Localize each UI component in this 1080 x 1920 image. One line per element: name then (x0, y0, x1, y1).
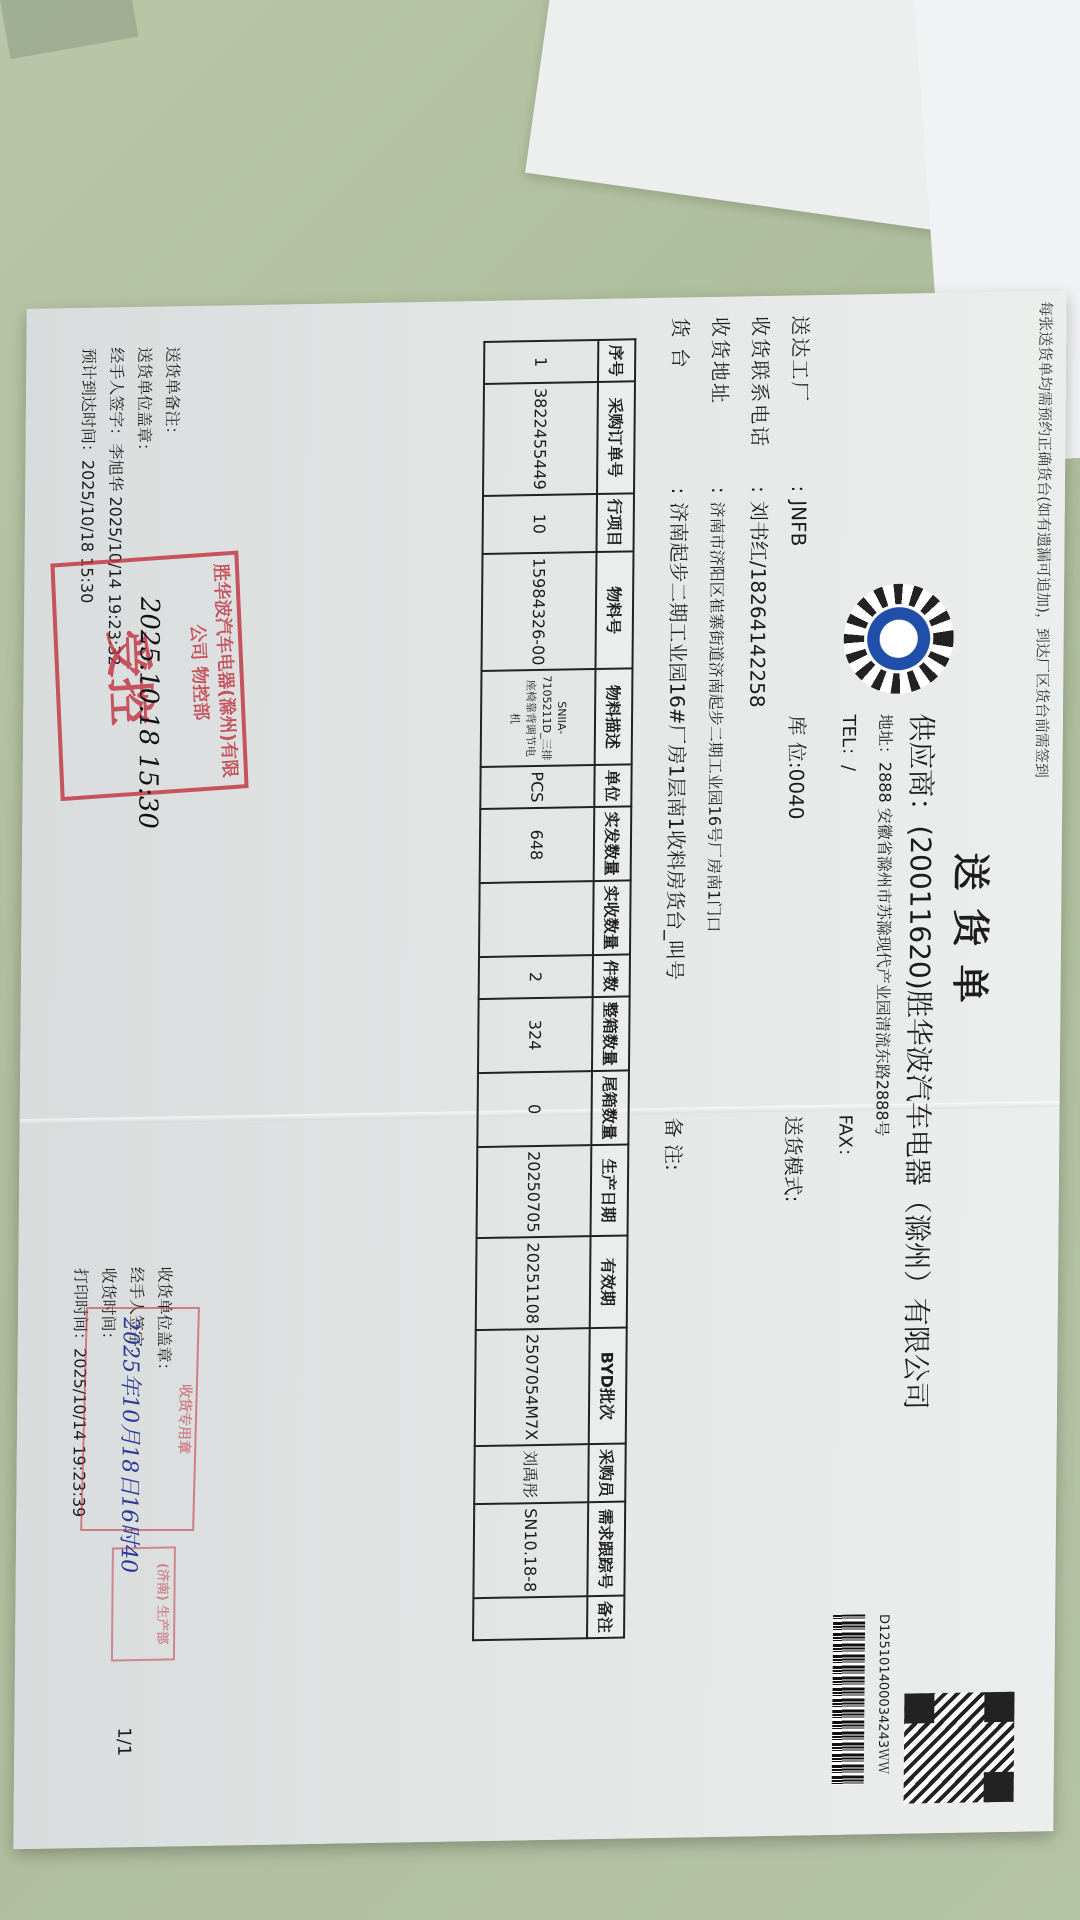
column-header: 有效期 (590, 1236, 628, 1328)
column-header: 物料描述 (595, 669, 633, 765)
table-cell: 20251108 (476, 1237, 591, 1330)
table-cell (473, 1596, 587, 1640)
supplier-tel: TEL：/ (837, 714, 863, 771)
column-header: 采购员 (588, 1444, 626, 1503)
table-cell: 10 (483, 494, 598, 554)
desk-shadow (0, 0, 138, 59)
column-header: 尾箱数量 (591, 1070, 629, 1145)
barcode-icon (832, 1614, 865, 1785)
supplier-address: 地址：2888 安徽省滁州市苏滁现代产业园清流东路2888号 (871, 714, 898, 1137)
table-cell: 0 (477, 1071, 592, 1147)
table-cell: 15984326-00 (481, 552, 596, 672)
column-header: 生产日期 (591, 1144, 629, 1236)
table-cell: 324 (478, 997, 593, 1073)
table-cell: 刘禹彤 (474, 1444, 589, 1504)
table-cell: SNIIA-7105211D_三排座椅靠背调节电机 (481, 669, 596, 767)
column-header: 采购订单号 (597, 381, 635, 493)
column-header: 物料号 (595, 551, 633, 669)
sender-signature: 2025.10.18 15:30 (132, 597, 164, 830)
delivery-note: 每张送货单均需预约正确货台(如有遗漏可追加)，到达厂区货台前需签到 送货单 供应… (13, 291, 1066, 1849)
column-header: 实收数量 (593, 880, 631, 955)
info-dock: 货 台:济南起步二期工业园16#厂房1层南1收料房货台_叫号 (662, 317, 697, 980)
items-table: 序号采购订单号行项目物料号物料描述单位实发数量实收数量件数整箱数量尾箱数量生产日… (472, 338, 636, 1641)
info-address: 收货地址:济南市济阳区崔寨街道济南起步二期工业园16号厂房南1门口 (702, 317, 736, 933)
table-cell (479, 881, 594, 957)
byd-qr-code-icon (843, 583, 954, 695)
table-row: 138224554491015984326-00SNIIA-7105211D_三… (473, 340, 598, 1640)
table-cell: 20250705 (477, 1145, 592, 1238)
table-cell: PCS (480, 765, 594, 809)
table-cell: 2 (479, 955, 593, 999)
column-header: 需求跟踪号 (587, 1502, 625, 1597)
document-title: 送货单 (945, 852, 1001, 1021)
column-header: 序号 (598, 339, 635, 382)
delivery-note-sheet: 每张送货单均需预约正确货台(如有遗漏可追加)，到达厂区货台前需签到 送货单 供应… (13, 291, 1066, 1849)
notice-text: 每张送货单均需预约正确货台(如有遗漏可追加)，到达厂区货台前需签到 (1031, 301, 1056, 778)
barcode-number: D125101400034243ＷＷ (875, 1614, 895, 1774)
column-header: 整箱数量 (592, 996, 630, 1071)
info-contact: 收货联系电话:刘书红/18264142258 (744, 316, 776, 708)
table-cell: 1 (484, 340, 598, 384)
info-remarks: 备 注: (660, 1117, 689, 1171)
supplier-fax: FAX： (833, 1114, 859, 1166)
column-header: 备注 (587, 1596, 624, 1639)
table-cell: 3822455449 (483, 382, 598, 496)
table-cell: SN10.18-8 (473, 1502, 588, 1598)
info-location: 库 位:0040 (783, 715, 813, 820)
column-header: 件数 (593, 954, 630, 997)
qr-code-icon (904, 1692, 1015, 1804)
info-factory: 送达工厂:JNFB (786, 315, 817, 546)
column-header: 实发数量 (594, 806, 632, 881)
column-header: 行项目 (597, 493, 635, 552)
column-header: BYD批次 (589, 1327, 627, 1444)
table-cell: 648 (480, 807, 595, 883)
info-delivery-mode: 送货模式: (780, 1115, 810, 1202)
table-cell: 2507054M7X (475, 1328, 590, 1446)
page-number: 1/1 (113, 1727, 134, 1756)
receiver-signature: 2025年10月18日16时40 (115, 1317, 148, 1574)
supplier-name: 供应商：(20011620)胜华波汽车电器（滁州）有限公司 (897, 713, 943, 1410)
column-header: 单位 (594, 764, 631, 807)
